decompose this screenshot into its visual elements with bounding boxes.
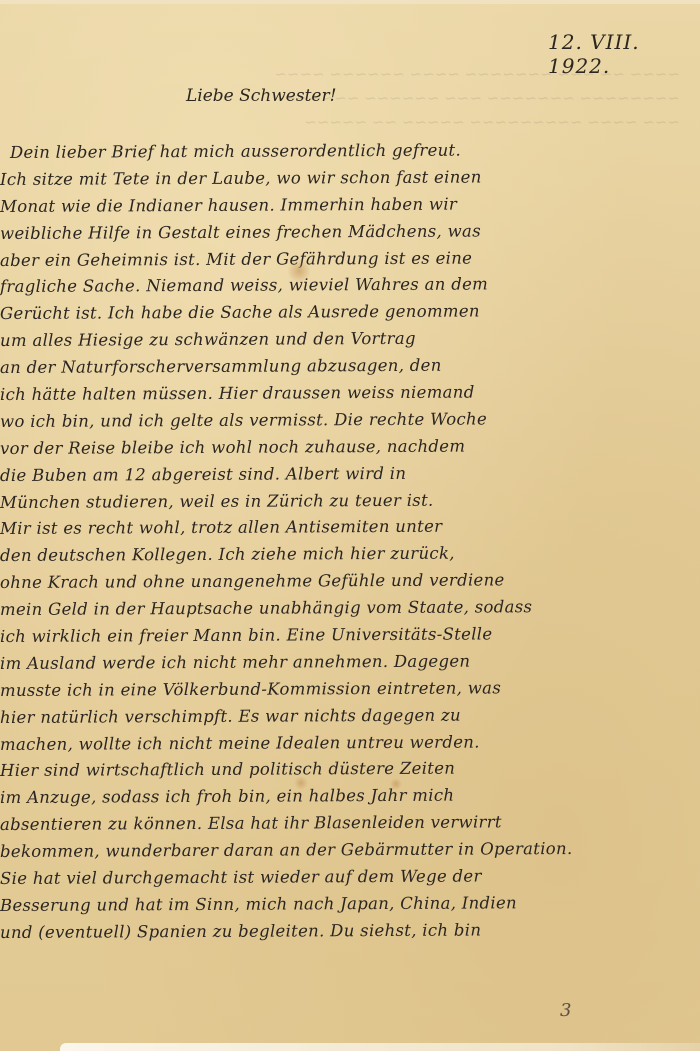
letter-line: absentieren zu können. Elsa hat ihr Blas… <box>0 809 700 840</box>
letter-line: ich hätte halten müssen. Hier draussen w… <box>0 378 700 409</box>
paper-bottom-edge <box>60 1043 700 1051</box>
letter-line: vor der Reise bleibe ich wohl noch zuhau… <box>0 432 700 463</box>
letter-date: 12. VIII. 1922. <box>548 30 700 78</box>
letter-line: Mir ist es recht wohl, trotz allen Antis… <box>0 513 700 544</box>
letter-line: Dein lieber Brief hat mich ausserordentl… <box>0 136 700 167</box>
letter-line: Besserung und hat im Sinn, mich nach Jap… <box>0 889 700 920</box>
letter-line: musste ich in eine Völkerbund-Kommission… <box>0 674 700 705</box>
paper-top-edge <box>0 0 700 4</box>
letter-line: mein Geld in der Hauptsache unabhängig v… <box>0 593 700 624</box>
letter-line: München studieren, weil es in Zürich zu … <box>0 486 700 517</box>
letter-page: ~~~~ ~~ ~~~ ~~~~~~~ ~~~~ ~~~~~~ ~~~~ ~~~… <box>0 0 700 1051</box>
letter-line: die Buben am 12 abgereist sind. Albert w… <box>0 459 700 490</box>
letter-line: wo ich bin, und ich gelte als vermisst. … <box>0 405 700 436</box>
paper-stain <box>390 778 402 790</box>
letter-line: und (eventuell) Spanien zu begleiten. Du… <box>0 916 700 947</box>
letter-line: ohne Krach und ohne unangenehme Gefühle … <box>0 567 700 598</box>
letter-line: Gerücht ist. Ich habe die Sache als Ausr… <box>0 298 700 329</box>
letter-line: fragliche Sache. Niemand weiss, wieviel … <box>0 271 700 302</box>
page-mark: 3 <box>560 1000 571 1021</box>
letter-line: im Anzuge, sodass ich froh bin, ein halb… <box>0 782 700 813</box>
letter-line: im Ausland werde ich nicht mehr annehmen… <box>0 647 700 678</box>
letter-line: Ich sitze mit Tete in der Laube, wo wir … <box>0 163 700 194</box>
letter-line: ich wirklich ein freier Mann bin. Eine U… <box>0 620 700 651</box>
letter-line: an der Naturforscherversammlung abzusage… <box>0 351 700 382</box>
paper-stain <box>288 258 310 284</box>
letter-body: Dein lieber Brief hat mich ausserordentl… <box>0 140 700 947</box>
letter-line: Hier sind wirtschaftlich und politisch d… <box>0 755 700 786</box>
letter-line: weibliche Hilfe in Gestalt eines frechen… <box>0 217 700 248</box>
paper-stain <box>294 776 308 790</box>
letter-line: hier natürlich verschimpft. Es war nicht… <box>0 701 700 732</box>
letter-line: um alles Hiesige zu schwänzen und den Vo… <box>0 325 700 356</box>
letter-line: bekommen, wunderbarer daran an der Gebär… <box>0 835 700 866</box>
letter-line: den deutschen Kollegen. Ich ziehe mich h… <box>0 540 700 571</box>
letter-salutation: Liebe Schwester! <box>186 86 336 106</box>
letter-line: aber ein Geheimnis ist. Mit der Gefährdu… <box>0 244 700 275</box>
letter-line: Monat wie die Indianer hausen. Immerhin … <box>0 190 700 221</box>
letter-line: Sie hat viel durchgemacht ist wieder auf… <box>0 862 700 893</box>
